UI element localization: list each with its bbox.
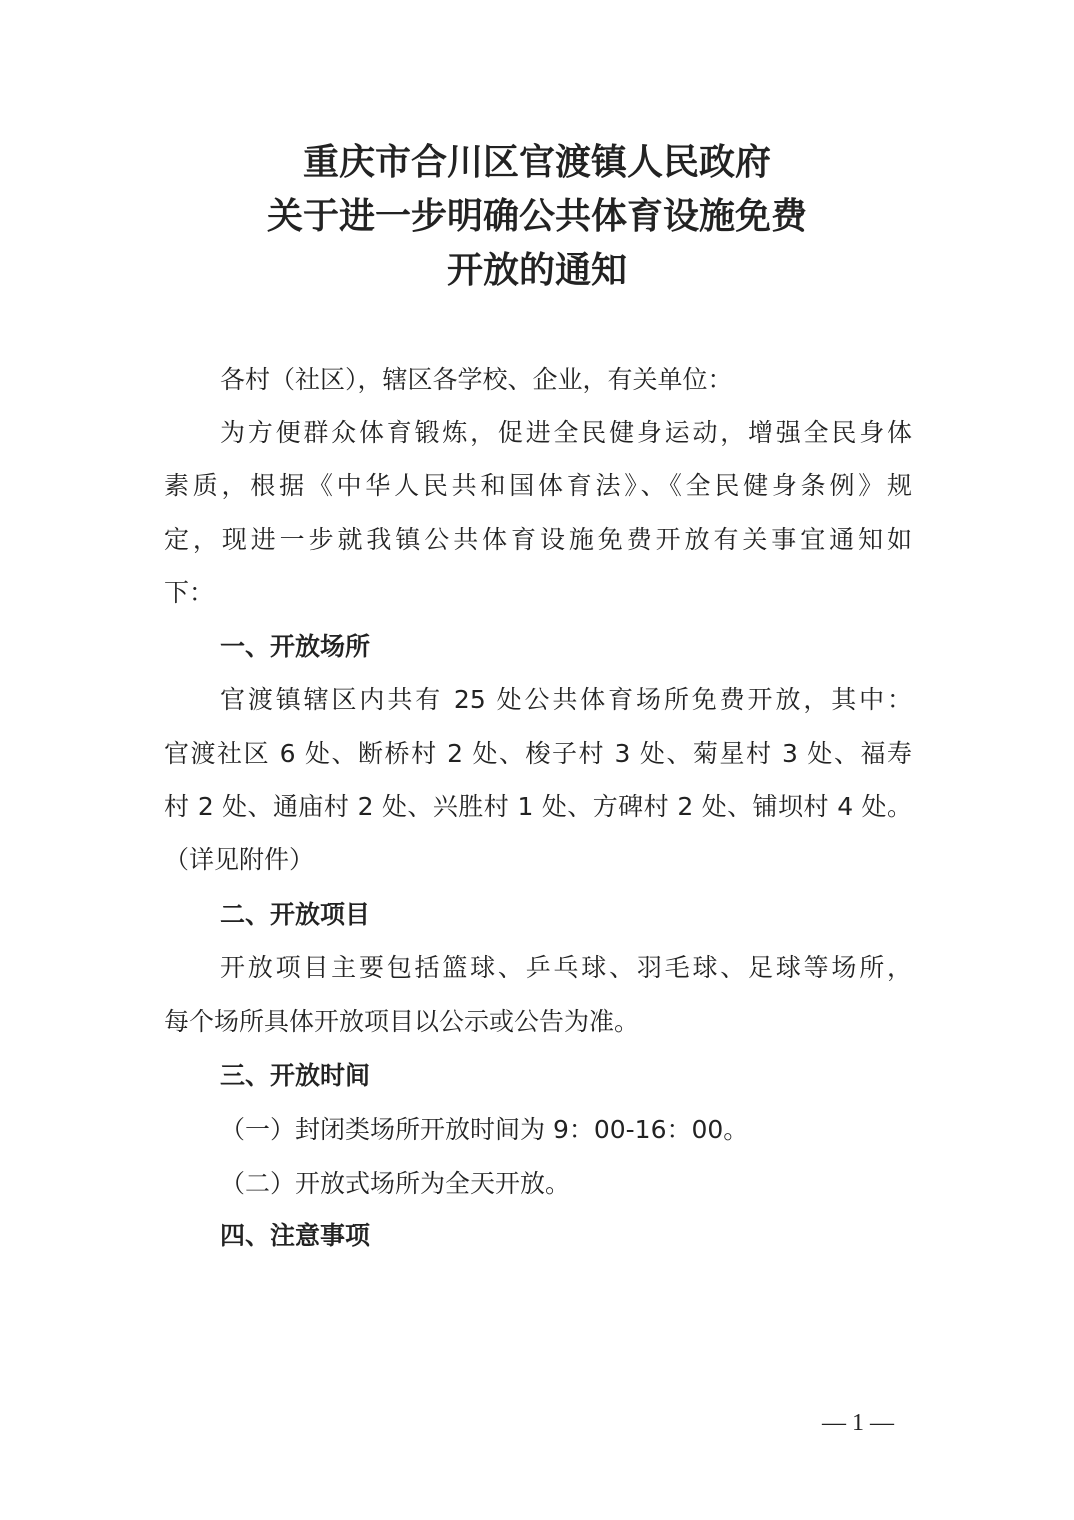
salutation: 各村（社区），辖区各学校、企业，有关单位： [220,360,733,400]
section-heading-4: 四、注意事项 [220,1216,370,1256]
intro-line-4: 下： [164,573,214,613]
section-2-line-2: 每个场所具体开放项目以公示或公告为准。 [164,1002,639,1042]
page-number: — 1 — [822,1410,894,1437]
section-heading-2: 二、开放项目 [220,895,370,935]
section-3-line-2: （二）开放式场所为全天开放。 [220,1164,570,1204]
section-heading-1: 一、开放场所 [220,627,370,667]
intro-line-3: 定，现进一步就我镇公共体育设施免费开放有关事宜通知如 [164,520,912,560]
section-1-line-4: （详见附件） [164,840,314,880]
document-page: 重庆市合川区官渡镇人民政府 关于进一步明确公共体育设施免费 开放的通知 各村（社… [0,0,1074,1520]
intro-line-2: 素质，根据《中华人民共和国体育法》、《全民健身条例》规 [164,466,912,506]
intro-line-1: 为方便群众体育锻炼，促进全民健身运动，增强全民身体 [220,413,912,453]
section-heading-3: 三、开放时间 [220,1056,370,1096]
section-1-line-1: 官渡镇辖区内共有 25 处公共体育场所免费开放，其中： [220,680,912,720]
title-line-2: 关于进一步明确公共体育设施免费 [0,190,1074,242]
title-line-3: 开放的通知 [0,244,1074,296]
section-2-line-1: 开放项目主要包括篮球、乒乓球、羽毛球、足球等场所， [220,948,912,988]
section-1-line-3: 村 2 处、通庙村 2 处、兴胜村 1 处、方碑村 2 处、铺坝村 4 处。 [164,787,912,827]
title-line-1: 重庆市合川区官渡镇人民政府 [0,136,1074,188]
section-1-line-2: 官渡社区 6 处、断桥村 2 处、梭子村 3 处、菊星村 3 处、福寿 [164,734,912,774]
section-3-line-1: （一）封闭类场所开放时间为 9：00-16：00。 [220,1110,748,1150]
